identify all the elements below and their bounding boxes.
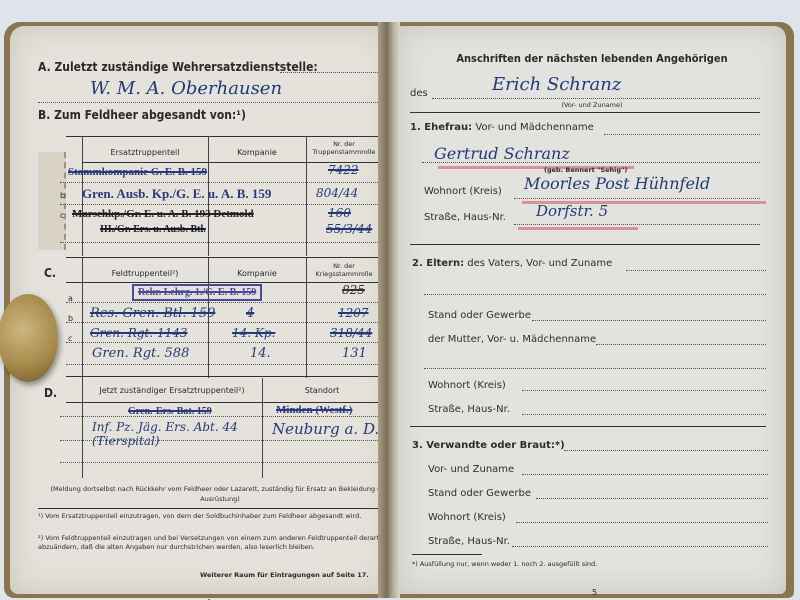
section-c-row-company: 14. — [250, 346, 271, 361]
column-header: Ersatztruppenteil — [82, 148, 208, 157]
section-b-row-roll: 160 — [328, 206, 351, 220]
des-caption: (Vor- und Zuname) — [398, 101, 786, 109]
column-header: Feldtruppenteil²) — [82, 269, 208, 278]
dotted-line — [66, 302, 382, 303]
mother-name-label: der Mutter, Vor- u. Mädchenname — [428, 334, 596, 345]
continuation-note: Weiterer Raum für Eintragungen auf Seite… — [200, 571, 369, 579]
left-page: A. Zuletzt zuständige Wehrersatzdienstst… — [10, 26, 390, 594]
section-c-row-company: 4 — [246, 306, 254, 321]
red-underline — [518, 227, 638, 230]
dotted-line — [424, 368, 766, 369]
dotted-line — [516, 522, 768, 523]
section-c-row-roll: 318/44 — [330, 326, 372, 340]
section-d-row-location: Neuburg a. D. — [272, 420, 379, 438]
section-b-row-unit: Stammkompanie G. E. B. 159 — [68, 166, 207, 178]
page-title: Anschriften der nächsten lebenden Angehö… — [398, 52, 786, 65]
section-d-letter: D. — [44, 386, 57, 400]
father-name-label: des Vaters, Vor- und Zuname — [467, 258, 612, 269]
wife-residence-label: Wohnort (Kreis) — [424, 186, 502, 197]
parents-street-label: Straße, Haus-Nr. — [428, 404, 510, 415]
wife-name-label: Vor- und Mädchenname — [475, 122, 593, 133]
row-letter: b — [60, 191, 65, 200]
des-label: des — [410, 88, 428, 99]
section-c-row-roll: 825 — [342, 283, 365, 297]
dotted-line — [38, 102, 378, 103]
dotted-line — [280, 72, 380, 73]
column-header: Kompanie — [208, 148, 306, 157]
dotted-line — [564, 450, 768, 451]
section-1-label: 1. Ehefrau: — [410, 122, 472, 133]
table-rule — [66, 282, 384, 283]
dotted-line — [626, 270, 766, 271]
section-rule — [410, 426, 766, 427]
table-rule — [66, 257, 384, 258]
table-rule — [66, 376, 384, 377]
relative-occupation-label: Stand oder Gewerbe — [428, 488, 531, 499]
parents-residence-label: Wohnort (Kreis) — [428, 380, 506, 391]
section-d-row-location: Minden (Westf.) — [276, 404, 352, 416]
wife-name-value: Gertrud Schranz — [434, 144, 570, 163]
father-occupation-label: Stand oder Gewerbe — [428, 310, 531, 321]
table-divider — [306, 258, 307, 378]
column-header: Standort — [262, 386, 382, 395]
section-b-label: Zum Feldheer abgesandt von:¹) — [54, 108, 246, 122]
section-c-row-roll: 131 — [342, 346, 367, 361]
section-a-letter: A. — [38, 60, 51, 74]
section-rule — [410, 244, 760, 245]
section-c-letter: C. — [44, 266, 56, 280]
dotted-line — [522, 414, 766, 415]
dotted-line — [536, 498, 768, 499]
column-header: Nr. der Truppenstammrolle — [308, 140, 380, 156]
dotted-line — [60, 440, 384, 441]
dotted-line — [422, 162, 760, 163]
section-b-row-unit: Marschkp./Gr. E. u. A. B. 193 Detmold — [72, 208, 254, 220]
dotted-line — [424, 294, 766, 295]
des-value: Erich Schranz — [492, 74, 621, 95]
section-2-heading: 2. Eltern: des Vaters, Vor- und Zuname — [412, 258, 612, 269]
table-divider — [306, 136, 307, 256]
dotted-line — [66, 322, 382, 323]
dotted-line — [514, 224, 760, 225]
dotted-line — [60, 462, 384, 463]
section-2-label: 2. Eltern: — [412, 258, 464, 269]
dotted-line — [522, 474, 768, 475]
page-number: 5 — [592, 588, 597, 597]
book-spine — [378, 22, 400, 598]
right-footnote: *) Ausfüllung nur, wenn weder 1. noch 2.… — [412, 560, 597, 568]
wife-residence-value: Moorles Post Hühnfeld — [524, 174, 710, 193]
section-a-label: Zuletzt zuständige Wehrersatzdienststell… — [54, 60, 317, 74]
table-rule — [66, 402, 384, 403]
section-b-row-unit: III./Gr. Ers. u. Ausb. Btl. — [100, 224, 206, 235]
dotted-line — [60, 242, 380, 243]
section-b-row-unit: Gren. Ausb. Kp./G. E. u. A. B. 159 — [82, 186, 271, 202]
section-a-value: W. M. A. Oberhausen — [90, 78, 282, 99]
relative-name-label: Vor- und Zuname — [428, 464, 514, 475]
section-3-label: 3. Verwandte oder Braut:*) — [412, 440, 565, 451]
row-letter: c — [60, 211, 64, 220]
footnote-rule — [412, 554, 482, 555]
section-rule — [410, 112, 760, 113]
section-d-note: (Meldung dortselbst nach Rückkehr vom Fe… — [50, 484, 390, 504]
section-b-row-roll: 7422 — [328, 163, 359, 177]
dotted-line — [66, 364, 382, 365]
dotted-line — [512, 546, 768, 547]
dotted-line — [60, 204, 380, 205]
dotted-line — [66, 342, 382, 343]
section-b-row-roll: 804/44 — [316, 186, 358, 200]
dotted-line — [432, 98, 760, 99]
wife-name-caption: (geb. Bennert "Sehig") — [544, 166, 627, 174]
section-1-heading: 1. Ehefrau: Vor- und Mädchenname — [410, 122, 594, 133]
dotted-line — [522, 390, 766, 391]
wife-street-value: Dorfstr. 5 — [536, 202, 608, 220]
section-a-heading: A. Zuletzt zuständige Wehrersatzdienstst… — [38, 60, 318, 74]
section-c-row-unit: Gren. Rgt. 1143 — [90, 326, 188, 340]
dotted-line — [60, 416, 384, 417]
column-header: Jetzt zuständiger Ersatztruppenteil²) — [82, 386, 262, 395]
section-c-row-unit: Res. Gren. Btl. 159 — [90, 306, 215, 321]
column-header: Nr. der Kriegsstammrolle — [308, 262, 380, 278]
dotted-line — [532, 320, 766, 321]
section-c-row-unit: Rekr. Lehrg. 1./G. E. B. 159 — [132, 284, 262, 301]
section-c-row-roll: 1207 — [338, 306, 369, 320]
dotted-line — [604, 134, 760, 135]
wife-street-label: Straße, Haus-Nr. — [424, 212, 506, 223]
coin — [0, 294, 58, 382]
section-b-letter: B. — [38, 108, 50, 122]
section-b-row-roll: 55/3/44 — [326, 222, 372, 236]
column-header: Kompanie — [208, 269, 306, 278]
section-c-row-company: 14. Kp. — [232, 326, 275, 340]
footnote-2: ²) Vom Feldtruppenteil einzutragen und b… — [38, 534, 384, 552]
relative-residence-label: Wohnort (Kreis) — [428, 512, 506, 523]
section-c-row-unit: Gren. Rgt. 588 — [92, 346, 189, 361]
right-page: Anschriften der nächsten lebenden Angehö… — [398, 26, 786, 594]
footnote-rule — [38, 508, 384, 509]
paper-tab-strip — [38, 152, 66, 250]
footnote-1: ¹) Vom Ersatztruppenteil einzutragen, vo… — [38, 512, 384, 521]
dotted-line — [514, 198, 760, 199]
dotted-line — [596, 344, 766, 345]
table-rule — [66, 136, 384, 137]
dotted-line — [60, 182, 380, 183]
section-d-row-unit: Inf. Pz. Jäg. Ers. Abt. 44 (Tierspital) — [92, 420, 260, 448]
relative-street-label: Straße, Haus-Nr. — [428, 536, 510, 547]
section-b-heading: B. Zum Feldheer abgesandt von:¹) — [38, 108, 246, 122]
